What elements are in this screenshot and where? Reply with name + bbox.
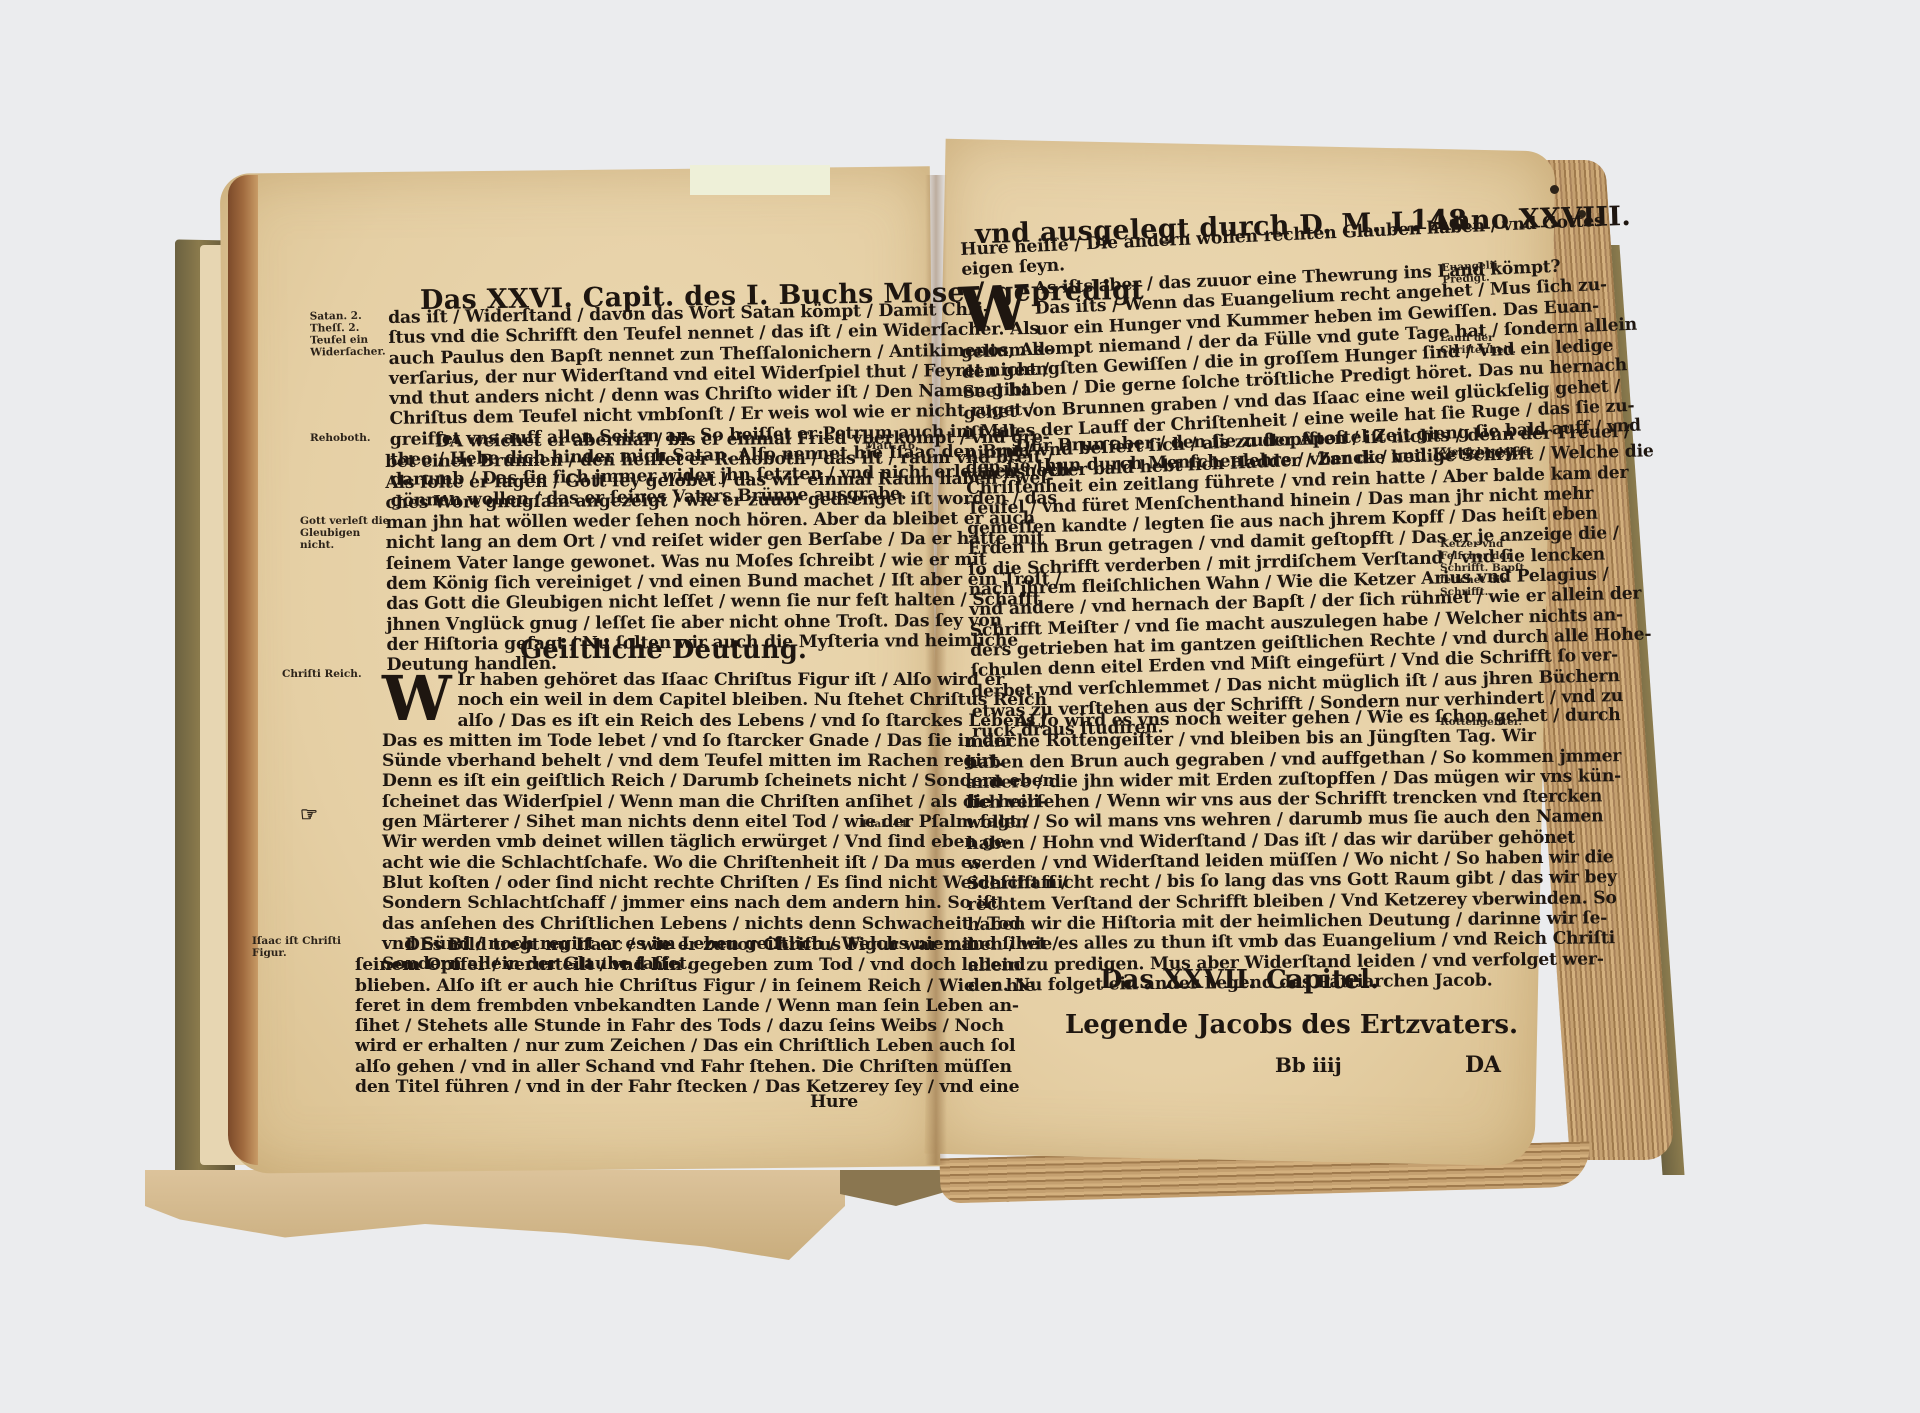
drop-cap: W xyxy=(382,670,451,728)
section-heading: Geiſtliche Deutung. xyxy=(520,635,807,665)
left-catchword: Hure xyxy=(810,1092,858,1112)
right-paragraph-4: ALſo wird es vns noch weiter gehen / Wie… xyxy=(965,705,1624,996)
margin-note: Chriſti Reich. xyxy=(282,668,372,680)
chapter-heading: Das XXVII. Capitel. xyxy=(1100,965,1379,995)
chapter-subheading: Legende Jacobs des Ertzvaters. xyxy=(1065,1010,1518,1040)
paper-slip xyxy=(690,165,830,195)
right-catchword: DA xyxy=(1465,1055,1501,1075)
margin-note: Iſaac iſt Chriſti Figur. xyxy=(252,935,342,959)
book-photo: Gbxdoarcr Das XXVI. Capit. des I. Buchs … xyxy=(0,0,1920,1413)
left-page-edge xyxy=(228,175,258,1165)
signature-mark: Bb iiij xyxy=(1275,1055,1341,1075)
margin-note: Satan. 2. Theſſ. 2. Teufel ein Widerſach… xyxy=(310,309,391,358)
margin-note: Rehoboth. xyxy=(310,432,390,444)
ink-spot xyxy=(1550,185,1559,194)
drop-cap: W xyxy=(958,279,1030,340)
left-paragraph-4: DEs Bild tregt nu Iſaac / wie er zuuor C… xyxy=(355,935,1035,1097)
margin-note: Gott verleſt die Gleubigen nicht. xyxy=(300,515,390,551)
pointing-hand-icon: ☞ xyxy=(300,808,318,820)
torn-page-bottom xyxy=(145,1170,845,1260)
right-paragraph-3: DEr Brun aber / den ſie zuſtopfften / iſ… xyxy=(965,421,1660,742)
